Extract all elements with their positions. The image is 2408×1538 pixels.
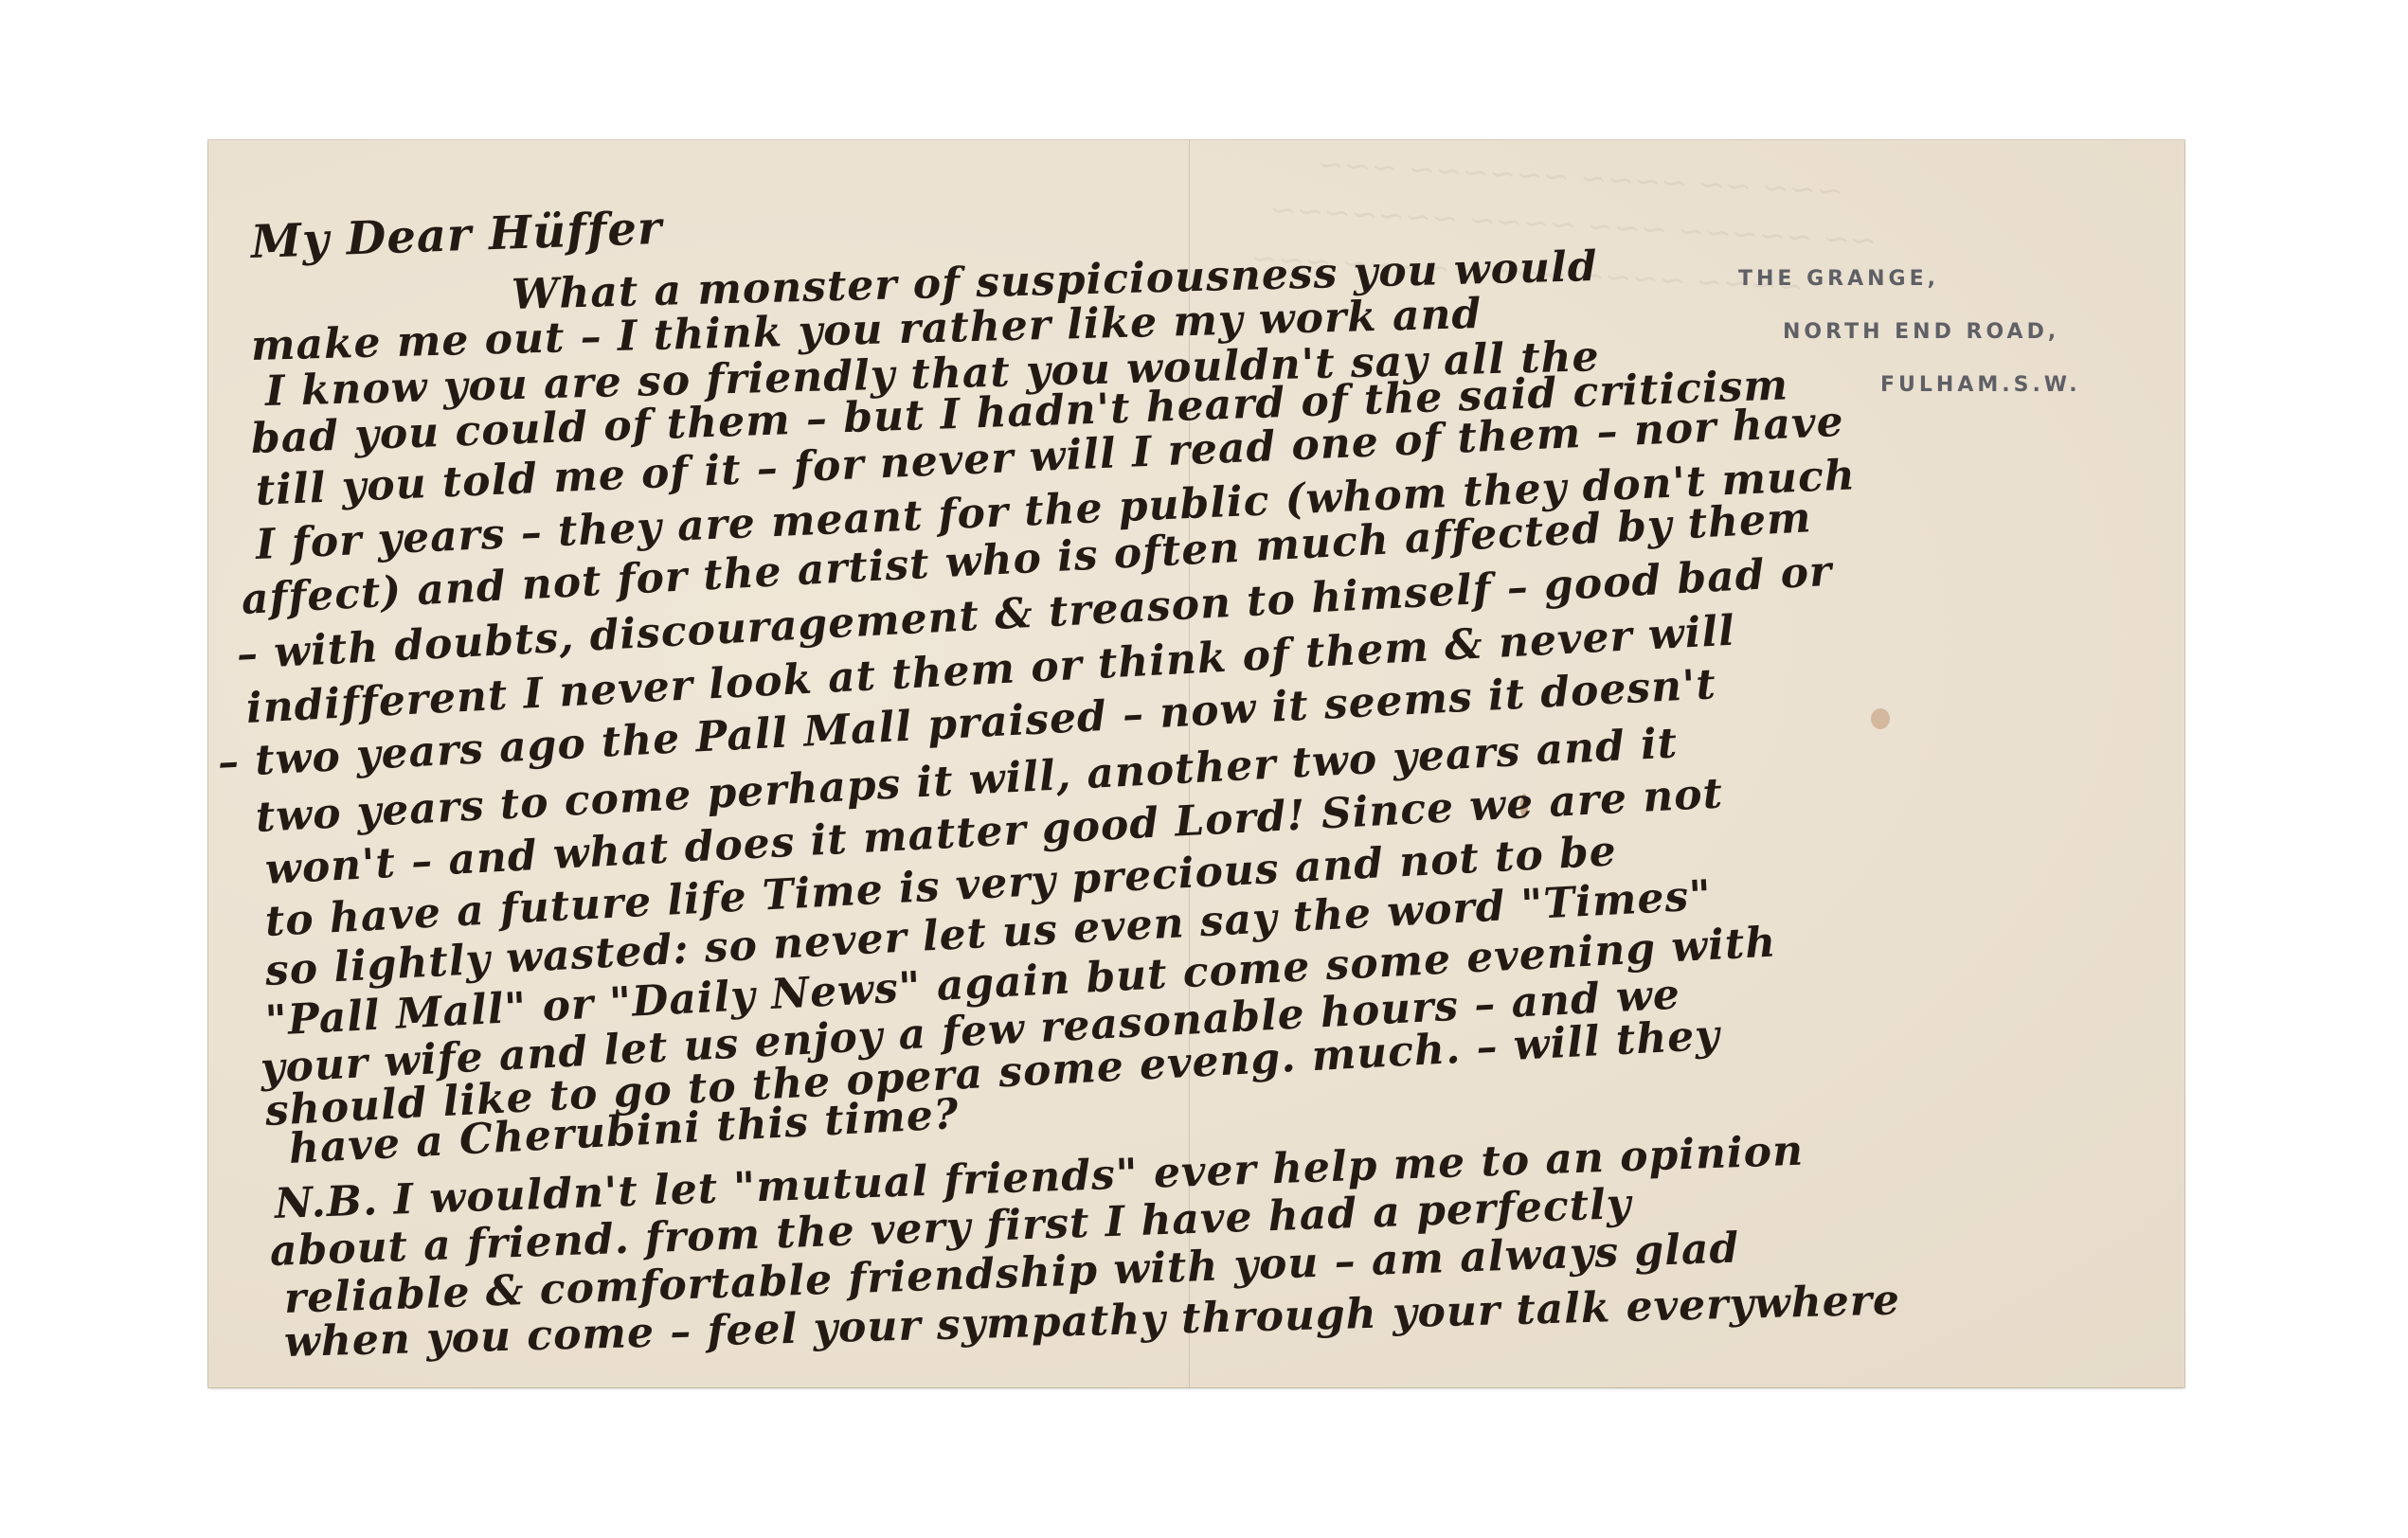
ink-stain [1871,708,1890,729]
salutation: My Dear Hüffer [250,202,663,269]
letterhead-line-1: THE GRANGE, [1738,267,1939,291]
letterhead-line-3: FULHAM.S.W. [1880,373,2081,397]
letterhead-line-2: NORTH END ROAD, [1783,320,2059,344]
letter-sheet: ~~~ ~~ ~~~~ ~~~~~~ ~~~ ~~ ~~~~~ ~~~ ~~~~… [208,140,2184,1387]
